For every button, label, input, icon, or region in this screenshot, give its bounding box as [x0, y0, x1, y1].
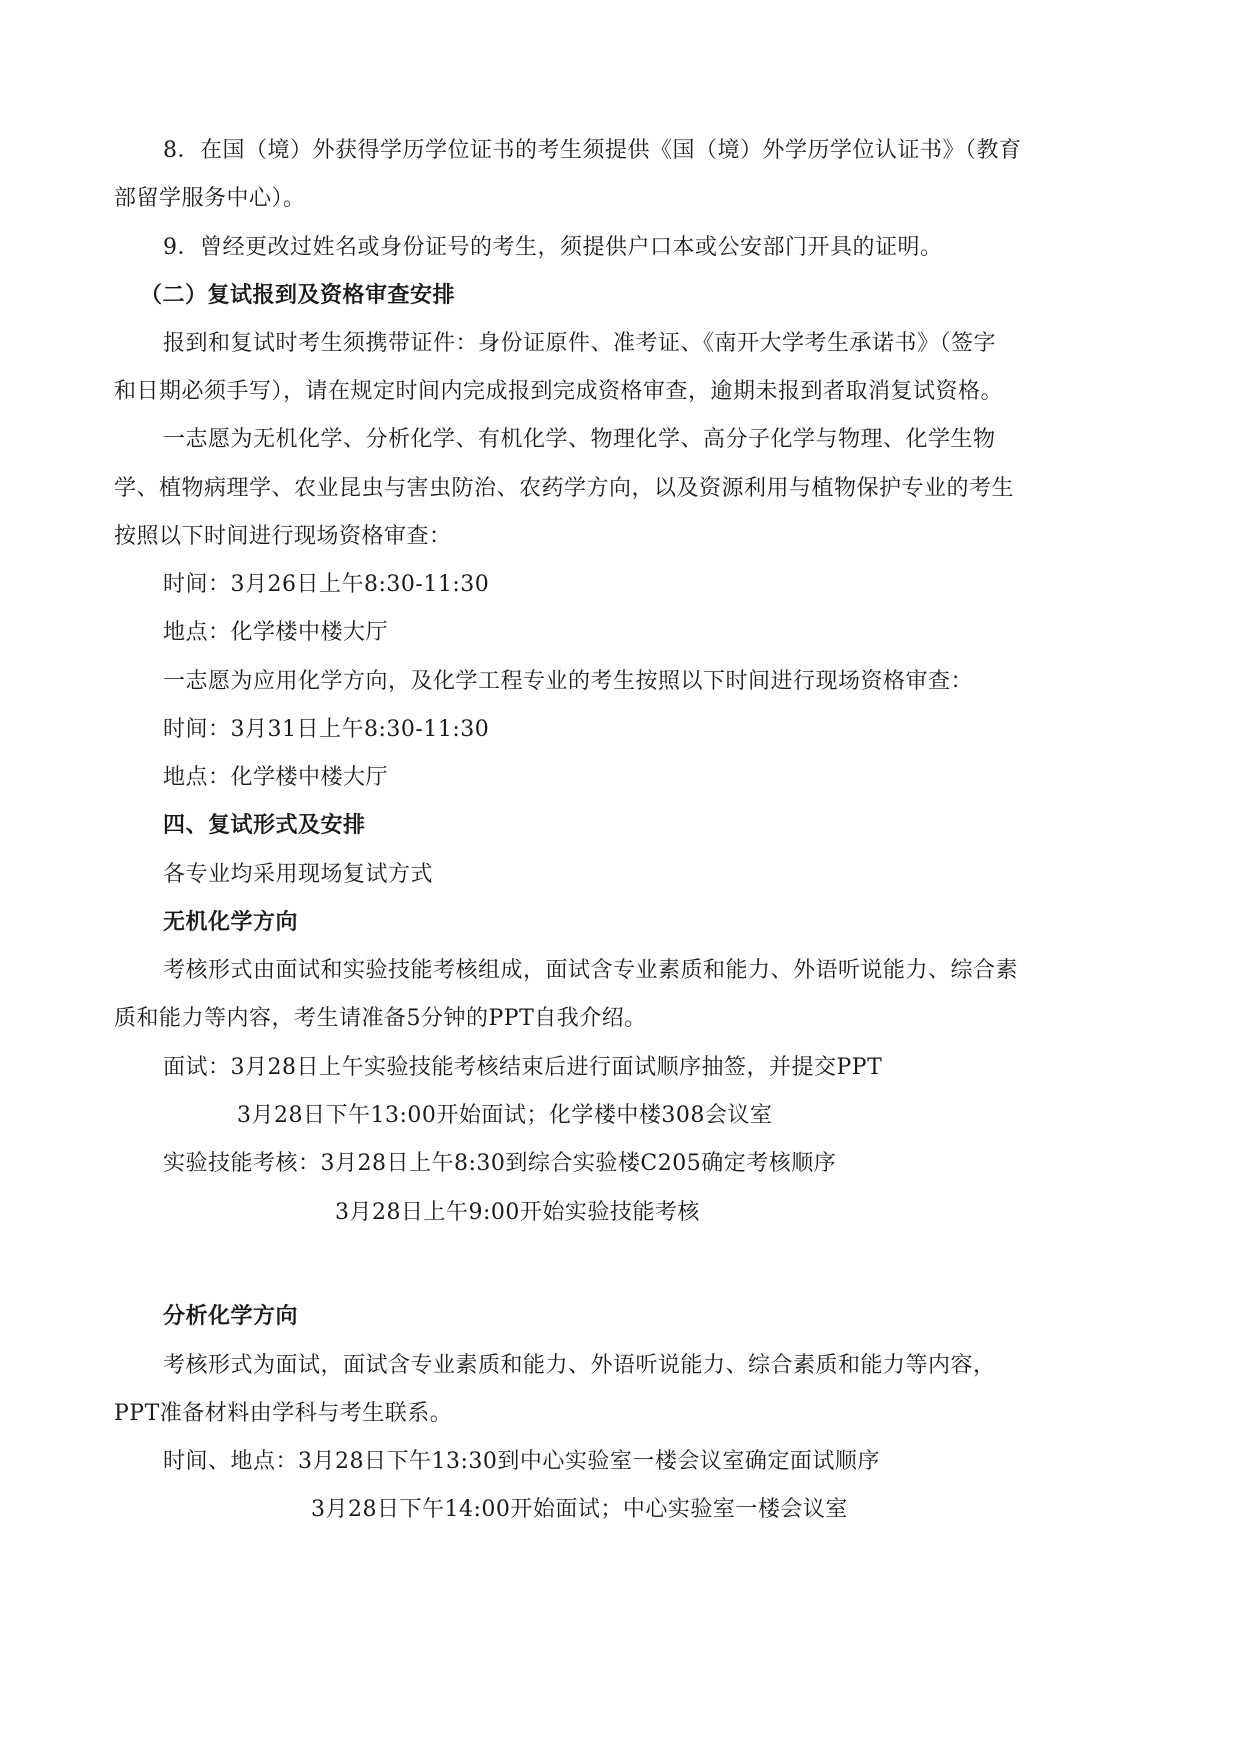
inorganic-interview-line-2: 3月28日下午13:00开始面试；化学楼中楼308会议室 [237, 1101, 772, 1131]
subheading-inorganic: 无机化学方向 [163, 908, 298, 938]
analytical-schedule-line-1: 时间、地点：3月28日下午13:30到中心实验室一楼会议室确定面试顺序 [163, 1447, 880, 1477]
format-intro: 各专业均采用现场复试方式 [163, 860, 433, 890]
group1-para-line-2: 学、植物病理学、农业昆虫与害虫防治、农药学方向，以及资源利用与植物保护专业的考生 [114, 474, 1014, 504]
analytical-schedule-line-2: 3月28日下午14:00开始面试；中心实验室一楼会议室 [311, 1495, 848, 1525]
item-8-line-1: 8．在国（境）外获得学历学位证书的考生须提供《国（境）外学历学位认证书》（教育 [163, 136, 1022, 166]
inorganic-lab-line-1: 实验技能考核：3月28日上午8:30到综合实验楼C205确定考核顺序 [163, 1149, 836, 1179]
registration-para-line-1: 报到和复试时考生须携带证件：身份证原件、准考证、《南开大学考生承诺书》（签字 [163, 329, 996, 359]
analytical-para-line-2: PPT准备材料由学科与考生联系。 [114, 1399, 452, 1429]
group1-para-line-1: 一志愿为无机化学、分析化学、有机化学、物理化学、高分子化学与物理、化学生物 [163, 425, 996, 455]
inorganic-para-line-2: 质和能力等内容，考生请准备5分钟的PPT自我介绍。 [114, 1004, 647, 1034]
inorganic-interview-line-1: 面试：3月28日上午实验技能考核结束后进行面试顺序抽签，并提交PPT [163, 1053, 882, 1083]
group1-location: 地点：化学楼中楼大厅 [163, 618, 388, 648]
document-page: 8．在国（境）外获得学历学位证书的考生须提供《国（境）外学历学位认证书》（教育 … [0, 0, 1240, 1754]
subheading-analytical: 分析化学方向 [163, 1302, 298, 1332]
group1-time: 时间：3月26日上午8:30-11:30 [163, 570, 489, 600]
section-heading-format: 四、复试形式及安排 [163, 811, 366, 841]
item-8-line-2: 部留学服务中心）。 [114, 184, 306, 214]
analytical-para-line-1: 考核形式为面试，面试含专业素质和能力、外语听说能力、综合素质和能力等内容， [163, 1351, 996, 1381]
inorganic-para-line-1: 考核形式由面试和实验技能考核组成，面试含专业素质和能力、外语听说能力、综合素 [163, 956, 1018, 986]
group2-location: 地点：化学楼中楼大厅 [163, 763, 388, 793]
section-heading-registration: （二）复试报到及资格审查安排 [140, 281, 455, 311]
group1-para-line-3: 按照以下时间进行现场资格审查： [114, 522, 452, 552]
group2-time: 时间：3月31日上午8:30-11:30 [163, 715, 489, 745]
item-9: 9．曾经更改过姓名或身份证号的考生，须提供户口本或公安部门开具的证明。 [163, 233, 943, 263]
registration-para-line-2: 和日期必须手写），请在规定时间内完成报到完成资格审查，逾期未报到者取消复试资格。 [114, 377, 1003, 407]
inorganic-lab-line-2: 3月28日上午9:00开始实验技能考核 [335, 1198, 700, 1228]
group2-para: 一志愿为应用化学方向，及化学工程专业的考生按照以下时间进行现场资格审查： [163, 667, 973, 697]
